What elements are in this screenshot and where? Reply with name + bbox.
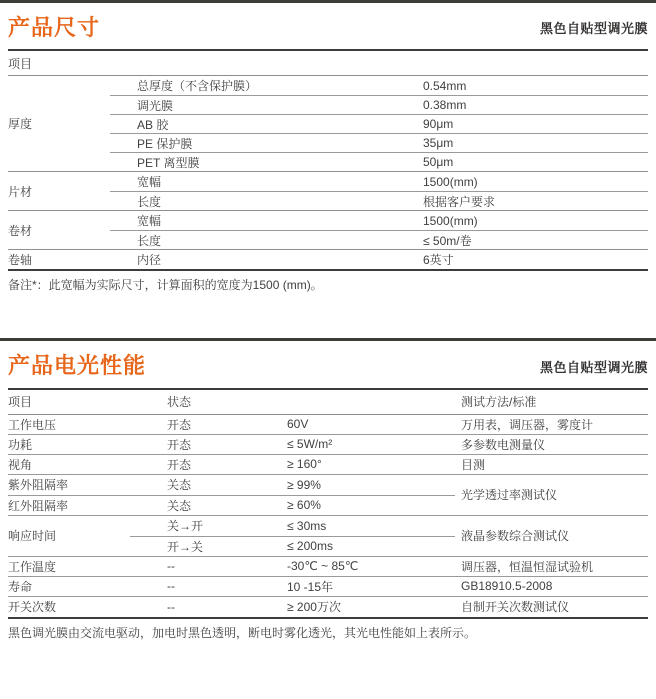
- dimensions-table: 项目 厚度 总厚度（不含保护膜） 0.54mm 调光膜 0.38mm AB 胶 …: [8, 51, 648, 271]
- group-rows: 内径 6英寸: [110, 250, 648, 269]
- row-value: ≥ 60%: [287, 498, 455, 512]
- section2-header: 产品电光性能 黑色自贴型调光膜: [8, 341, 648, 389]
- row-item-span: 响应时间: [8, 516, 130, 556]
- row-method: 多参数电测量仪: [455, 436, 648, 453]
- row-state: 关态: [167, 476, 287, 493]
- dimensions-note: 备注*：此宽幅为实际尺寸，计算面积的宽度为1500 (mm)。: [8, 278, 648, 293]
- group-core: 卷轴 内径 6英寸: [8, 249, 648, 269]
- group-roll: 卷材 宽幅 1500(mm) 长度 ≤ 50m/卷: [8, 210, 648, 249]
- table-row: 开→关 ≤ 200ms: [130, 536, 455, 556]
- row-value: 1500(mm): [423, 214, 648, 228]
- row-value: 10 -15年: [287, 578, 455, 595]
- row-state: --: [167, 579, 287, 593]
- row-method-span: 液晶参数综合测试仪: [455, 516, 648, 556]
- row-method: 自制开关次数测试仪: [455, 598, 648, 615]
- row-item: 视角: [8, 456, 167, 473]
- group-thickness: 厚度 总厚度（不含保护膜） 0.54mm 调光膜 0.38mm AB 胶 90μ…: [8, 76, 648, 171]
- table-row: 关→开 ≤ 30ms: [130, 516, 455, 536]
- row-state: 开态: [167, 416, 287, 433]
- row-state: 关态: [167, 497, 287, 514]
- section1-header: 产品尺寸 黑色自贴型调光膜: [8, 3, 648, 51]
- group-label: 卷轴: [8, 250, 110, 269]
- row-item: AB 胶: [110, 116, 423, 133]
- eo-table-header-row: 项目 状态 测试方法/标准: [8, 390, 648, 415]
- row-value: ≤ 200ms: [287, 539, 455, 553]
- group-label: 片材: [8, 172, 110, 210]
- table-row: 红外阻隔率 关态 ≥ 60%: [8, 495, 455, 515]
- table-row: PE 保护膜 35μm: [110, 133, 648, 152]
- row-method: GB18910.5-2008: [455, 579, 648, 593]
- row-item: 总厚度（不含保护膜）: [110, 77, 423, 94]
- group-rows: 宽幅 1500(mm) 长度 根据客户要求: [110, 172, 648, 210]
- row-item: 长度: [110, 193, 423, 210]
- row-value: ≥ 200万次: [287, 598, 455, 615]
- electro-optical-table: 项目 状态 测试方法/标准 工作电压 开态 60V 万用表，调压器，雾度计 功耗…: [8, 390, 648, 619]
- table-row: PET 离型膜 50μm: [110, 152, 648, 171]
- row-item: PE 保护膜: [110, 135, 423, 152]
- row-item: 紫外阻隔率: [8, 476, 167, 493]
- dimensions-table-header-row: 项目: [8, 51, 648, 76]
- table-row: 寿命 -- 10 -15年 GB18910.5-2008: [8, 577, 648, 597]
- row-item: 红外阻隔率: [8, 497, 167, 514]
- row-state: 关→开: [130, 517, 287, 534]
- group-rows: 宽幅 1500(mm) 长度 ≤ 50m/卷: [110, 211, 648, 249]
- table-row: 工作温度 -- -30℃ ~ 85℃ 调压器，恒温恒湿试验机: [8, 557, 648, 577]
- row-item: 内径: [110, 251, 423, 268]
- row-item: 寿命: [8, 578, 167, 595]
- section1-product-type-label: 黑色自贴型调光膜: [540, 18, 648, 40]
- table-row: 工作电压 开态 60V 万用表，调压器，雾度计: [8, 415, 648, 435]
- row-value: 50μm: [423, 155, 648, 169]
- header-state-label: 状态: [167, 393, 287, 410]
- row-value: ≥ 99%: [287, 478, 455, 492]
- section2-product-type-label: 黑色自贴型调光膜: [540, 357, 648, 379]
- row-value: 60V: [287, 417, 455, 431]
- row-state: --: [167, 600, 287, 614]
- table-row: 宽幅 1500(mm): [110, 211, 648, 230]
- row-value: ≤ 50m/卷: [423, 232, 648, 249]
- row-item: 工作电压: [8, 416, 167, 433]
- row-item: 宽幅: [110, 212, 423, 229]
- group-label: 卷材: [8, 211, 110, 249]
- row-value: -30℃ ~ 85℃: [287, 559, 455, 573]
- group-sheet: 片材 宽幅 1500(mm) 长度 根据客户要求: [8, 171, 648, 210]
- row-value: ≥ 160°: [287, 457, 455, 471]
- row-value: ≤ 5W/m²: [287, 437, 455, 451]
- row-item: 调光膜: [110, 97, 423, 114]
- row-item: PET 离型膜: [110, 154, 423, 171]
- header-item-label: 项目: [8, 393, 167, 410]
- row-item: 功耗: [8, 436, 167, 453]
- row-method: 目测: [455, 456, 648, 473]
- row-method: 调压器，恒温恒湿试验机: [455, 558, 648, 575]
- header-item-label: 项目: [8, 55, 32, 72]
- section1-title: 产品尺寸: [8, 15, 100, 40]
- row-state: 开态: [167, 436, 287, 453]
- group-label: 厚度: [8, 76, 110, 171]
- uv-ir-block: 紫外阻隔率 关态 ≥ 99% 红外阻隔率 关态 ≥ 60% 光学透过率测试仪: [8, 475, 648, 516]
- response-time-rows: 关→开 ≤ 30ms 开→关 ≤ 200ms: [130, 516, 455, 556]
- header-method-label: 测试方法/标准: [455, 393, 648, 410]
- row-value: 90μm: [423, 117, 648, 131]
- row-method-span: 光学透过率测试仪: [455, 475, 648, 515]
- row-item: 长度: [110, 232, 423, 249]
- table-row: 调光膜 0.38mm: [110, 95, 648, 114]
- row-state: --: [167, 559, 287, 573]
- table-row: 总厚度（不含保护膜） 0.54mm: [110, 76, 648, 95]
- response-time-block: 响应时间 关→开 ≤ 30ms 开→关 ≤ 200ms 液晶参数综合测试仪: [8, 516, 648, 557]
- group-rows: 总厚度（不含保护膜） 0.54mm 调光膜 0.38mm AB 胶 90μm P…: [110, 76, 648, 171]
- row-value: 1500(mm): [423, 175, 648, 189]
- section2-title: 产品电光性能: [8, 353, 146, 378]
- electro-optical-note: 黑色调光膜由交流电驱动，加电时黑色透明，断电时雾化透光，其光电性能如上表所示。: [8, 626, 648, 641]
- table-row: 宽幅 1500(mm): [110, 172, 648, 191]
- table-row: 长度 ≤ 50m/卷: [110, 230, 648, 249]
- table-row: 紫外阻隔率 关态 ≥ 99%: [8, 475, 455, 495]
- row-value: 0.54mm: [423, 79, 648, 93]
- row-state: 开→关: [130, 538, 287, 555]
- row-item: 宽幅: [110, 173, 423, 190]
- table-row: 开关次数 -- ≥ 200万次 自制开关次数测试仪: [8, 597, 648, 617]
- row-value: 0.38mm: [423, 98, 648, 112]
- row-value: 根据客户要求: [423, 193, 648, 210]
- table-row: 内径 6英寸: [110, 250, 648, 269]
- row-value: 6英寸: [423, 251, 648, 268]
- section-gap: [0, 293, 656, 338]
- row-value: 35μm: [423, 136, 648, 150]
- row-value: ≤ 30ms: [287, 519, 455, 533]
- table-row: 功耗 开态 ≤ 5W/m² 多参数电测量仪: [8, 435, 648, 455]
- table-row: AB 胶 90μm: [110, 114, 648, 133]
- row-method: 万用表，调压器，雾度计: [455, 416, 648, 433]
- row-item: 开关次数: [8, 598, 167, 615]
- uv-ir-rows: 紫外阻隔率 关态 ≥ 99% 红外阻隔率 关态 ≥ 60%: [8, 475, 455, 515]
- row-item: 工作温度: [8, 558, 167, 575]
- table-row: 视角 开态 ≥ 160° 目测: [8, 455, 648, 475]
- table-row: 长度 根据客户要求: [110, 191, 648, 210]
- row-state: 开态: [167, 456, 287, 473]
